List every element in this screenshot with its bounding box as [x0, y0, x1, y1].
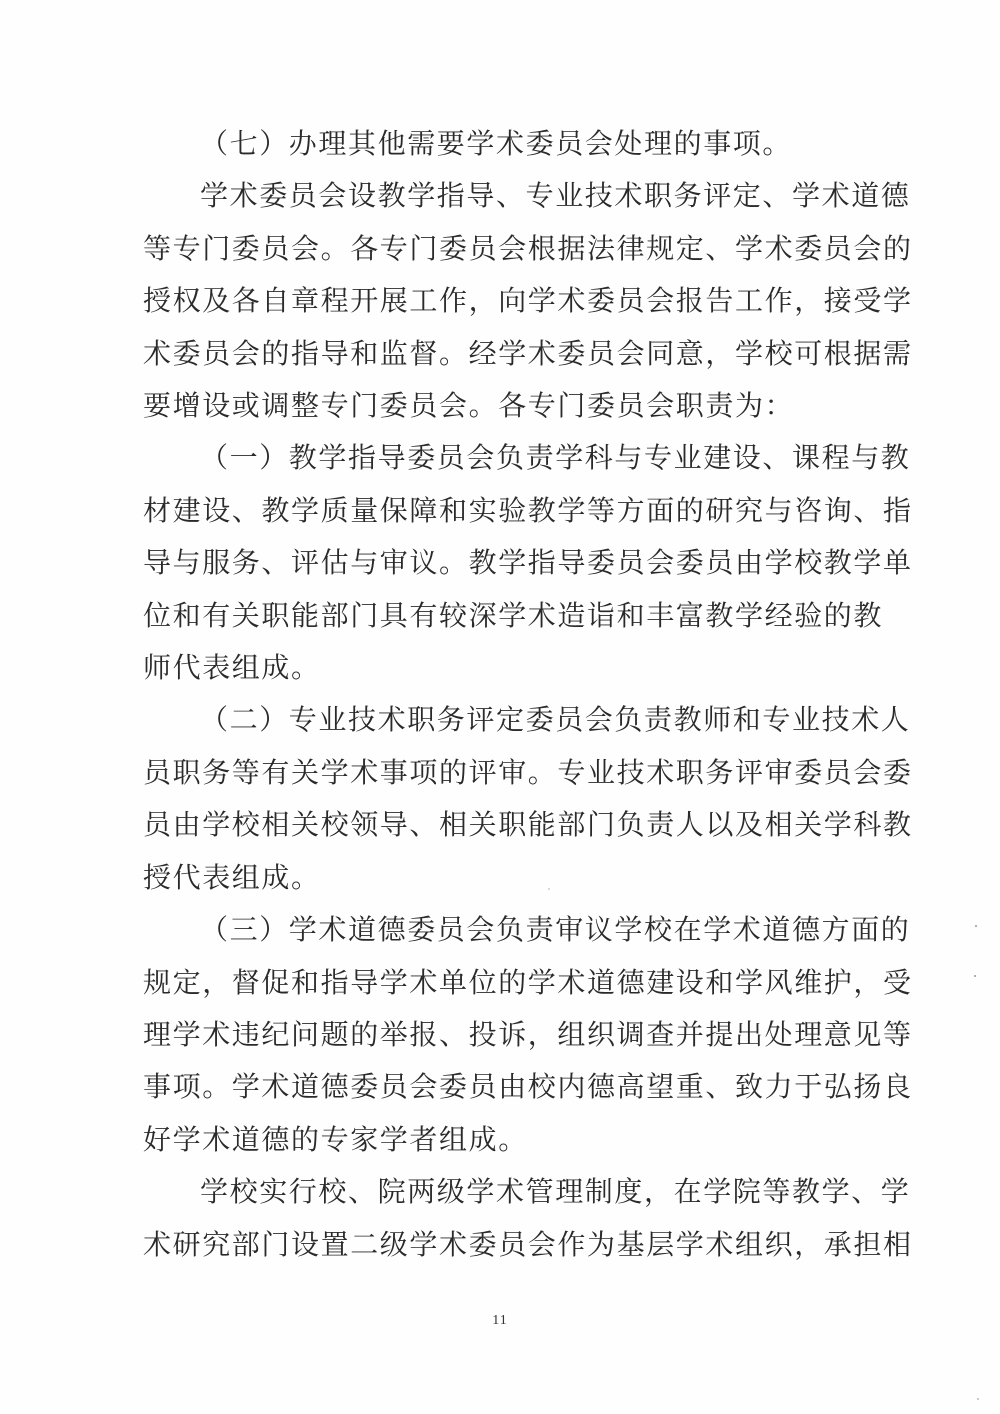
paragraph-teaching-guidance-committee: （一）教学指导委员会负责学科与专业建设、课程与教 材建设、教学质量保障和实验教学…: [143, 432, 837, 694]
text-line: 术委员会的指导和监督。经学术委员会同意，学校可根据需: [143, 328, 837, 380]
text-line: （七）办理其他需要学术委员会处理的事项。: [143, 118, 837, 170]
text-line: 师代表组成。: [143, 642, 837, 694]
text-line: 术研究部门设置二级学术委员会作为基层学术组织，承担相: [143, 1219, 837, 1271]
text-line: 员由学校相关校领导、相关职能部门负责人以及相关学科教: [143, 799, 837, 851]
paragraph-academic-ethics-committee: （三）学术道德委员会负责审议学校在学术道德方面的 规定，督促和指导学术单位的学术…: [143, 904, 837, 1166]
document-page: （七）办理其他需要学术委员会处理的事项。 学术委员会设教学指导、专业技术职务评定…: [0, 0, 1000, 1414]
paragraph-special-committees-intro: 学术委员会设教学指导、专业技术职务评定、学术道德 等专门委员会。各专门委员会根据…: [143, 170, 837, 432]
text-line: 规定，督促和指导学术单位的学术道德建设和学风维护，受: [143, 957, 837, 1009]
text-line: 学术委员会设教学指导、专业技术职务评定、学术道德: [143, 170, 837, 222]
paragraph-item-7: （七）办理其他需要学术委员会处理的事项。: [143, 118, 837, 170]
text-line: 要增设或调整专门委员会。各专门委员会职责为：: [143, 380, 837, 432]
scan-speck: [975, 925, 977, 927]
text-line: （三）学术道德委员会负责审议学校在学术道德方面的: [143, 904, 837, 956]
text-line: 等专门委员会。各专门委员会根据法律规定、学术委员会的: [143, 223, 837, 275]
text-line: 事项。学术道德委员会委员由校内德高望重、致力于弘扬良: [143, 1061, 837, 1113]
scan-speck: [977, 1398, 979, 1400]
paragraph-two-level-management: 学校实行校、院两级学术管理制度，在学院等教学、学 术研究部门设置二级学术委员会作…: [143, 1166, 837, 1271]
text-line: 材建设、教学质量保障和实验教学等方面的研究与咨询、指: [143, 485, 837, 537]
text-line: 员职务等有关学术事项的评审。专业技术职务评审委员会委: [143, 747, 837, 799]
text-line: （一）教学指导委员会负责学科与专业建设、课程与教: [143, 432, 837, 484]
document-body: （七）办理其他需要学术委员会处理的事项。 学术委员会设教学指导、专业技术职务评定…: [143, 118, 837, 1271]
scan-speck: [974, 975, 976, 977]
page-number: 11: [0, 1313, 1000, 1329]
text-line: 授权及各自章程开展工作，向学术委员会报告工作，接受学: [143, 275, 837, 327]
text-line: （二）专业技术职务评定委员会负责教师和专业技术人: [143, 694, 837, 746]
scan-speck: [548, 888, 550, 890]
text-line: 好学术道德的专家学者组成。: [143, 1114, 837, 1166]
text-line: 位和有关职能部门具有较深学术造诣和丰富教学经验的教: [143, 590, 837, 642]
paragraph-professional-titles-committee: （二）专业技术职务评定委员会负责教师和专业技术人 员职务等有关学术事项的评审。专…: [143, 694, 837, 904]
text-line: 导与服务、评估与审议。教学指导委员会委员由学校教学单: [143, 537, 837, 589]
text-line: 理学术违纪问题的举报、投诉，组织调查并提出处理意见等: [143, 1009, 837, 1061]
text-line: 学校实行校、院两级学术管理制度，在学院等教学、学: [143, 1166, 837, 1218]
text-line: 授代表组成。: [143, 852, 837, 904]
